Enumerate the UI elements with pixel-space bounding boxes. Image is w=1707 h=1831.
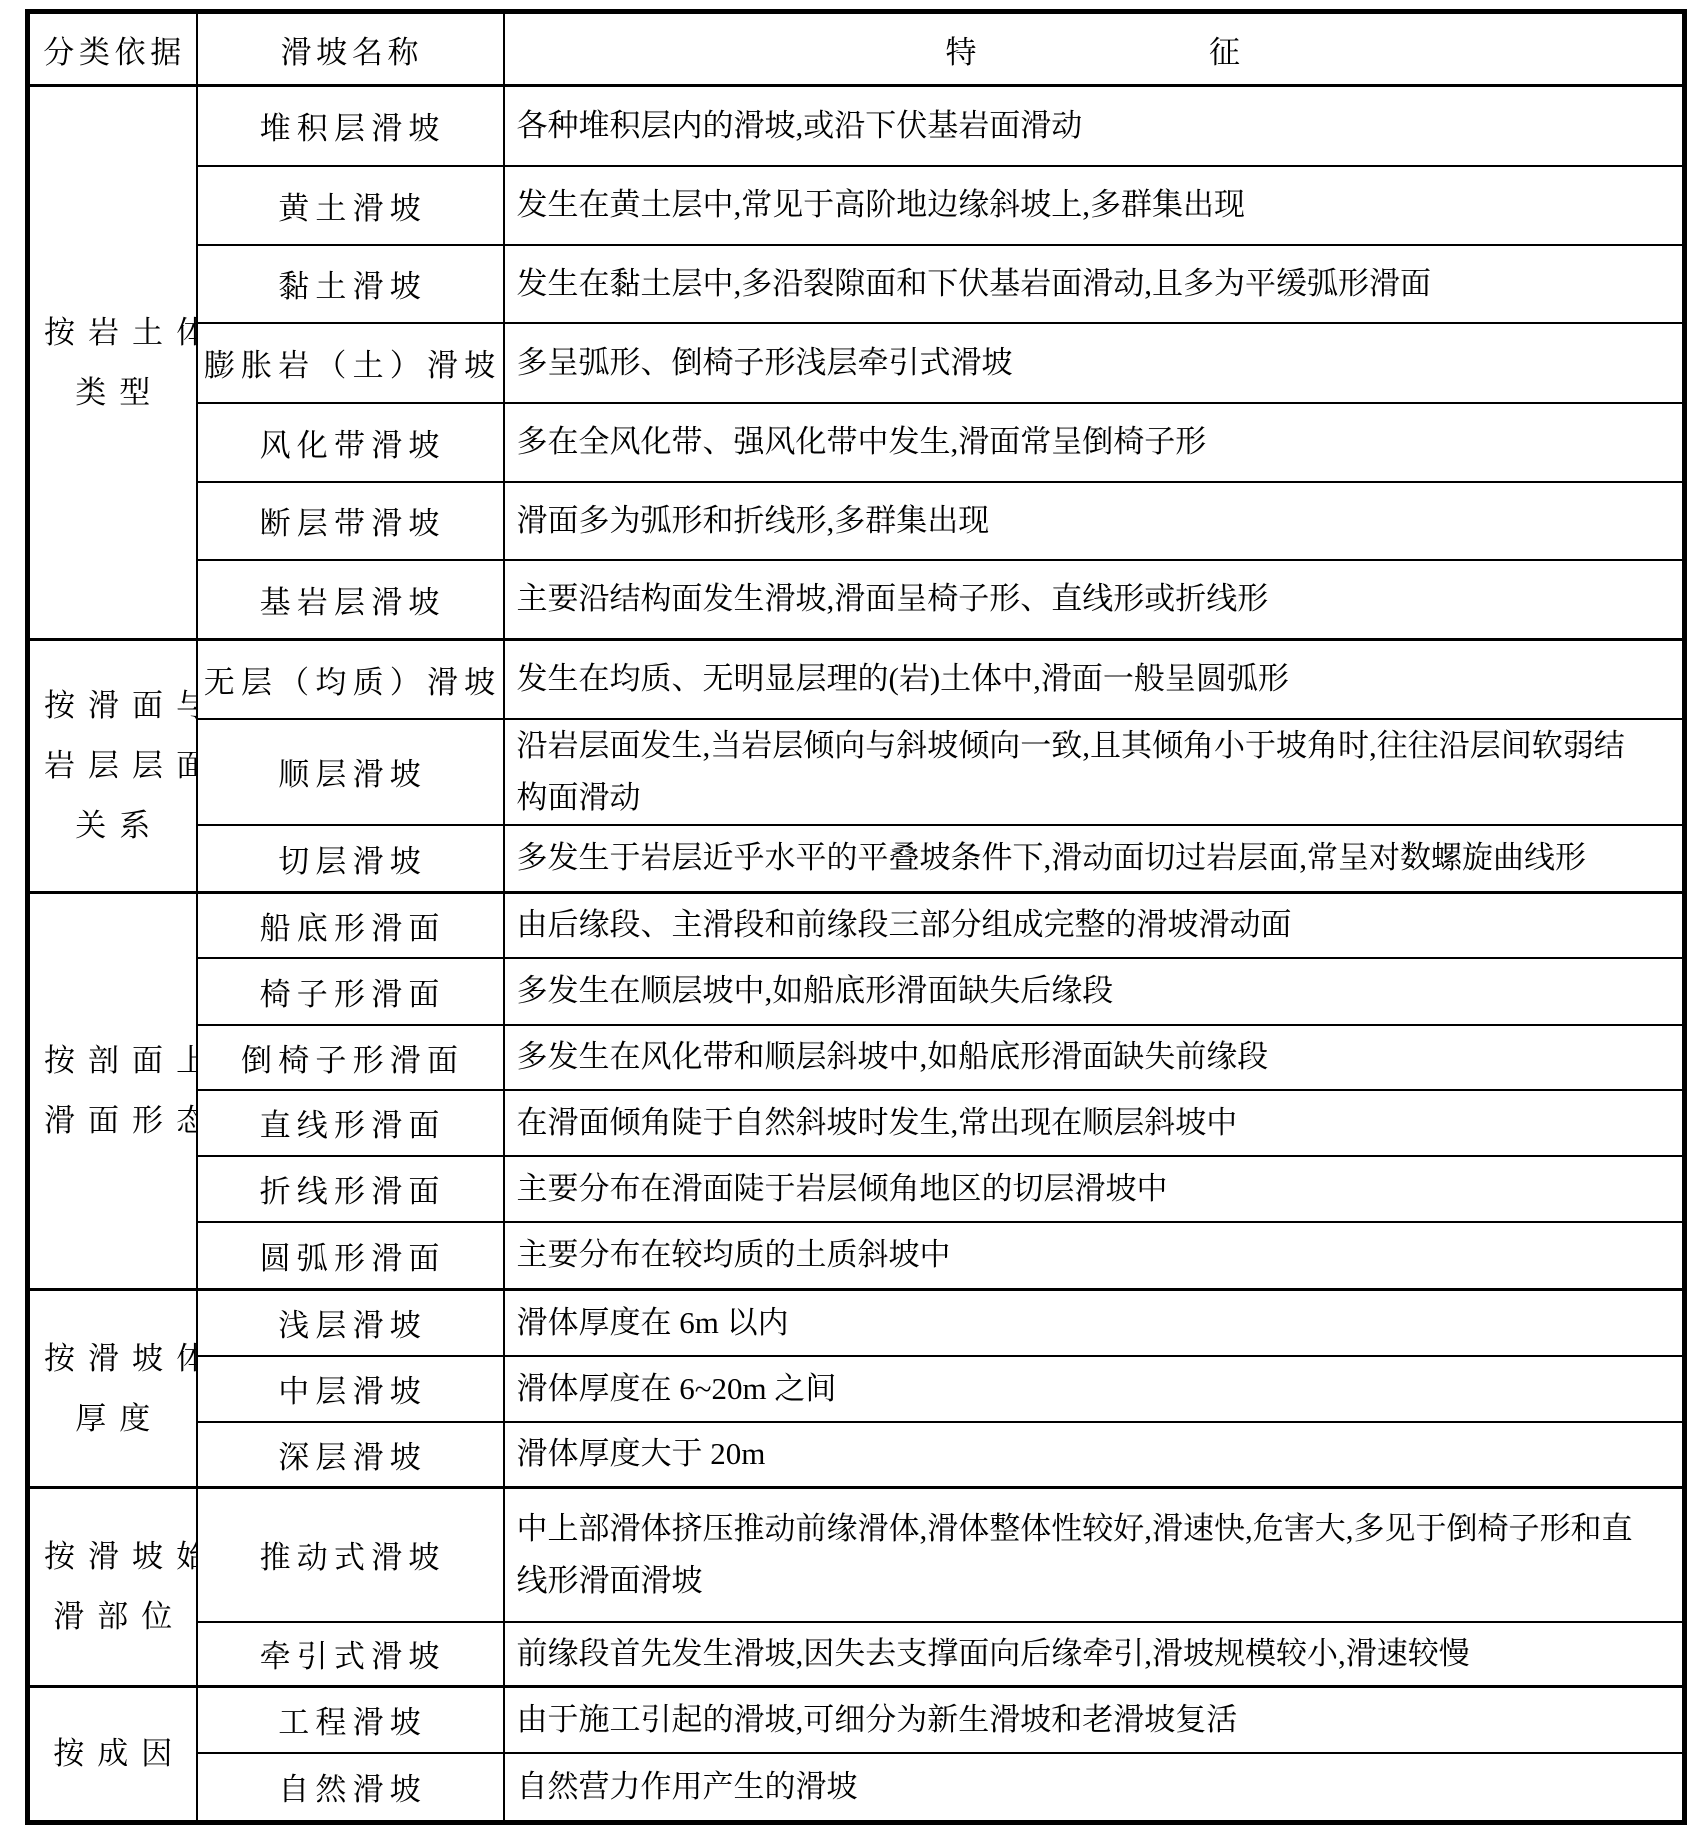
table-row: 风化带滑坡 多在全风化带、强风化带中发生,滑面常呈倒椅子形 (28, 403, 1685, 482)
feature-cell: 滑体厚度在 6~20m 之间 (504, 1356, 1685, 1422)
name-cell: 牵引式滑坡 (197, 1622, 504, 1687)
table-row: 黄土滑坡 发生在黄土层中,常见于高阶地边缘斜坡上,多群集出现 (28, 166, 1685, 245)
table-row: 圆弧形滑面 主要分布在较均质的土质斜坡中 (28, 1222, 1685, 1290)
name-cell: 膨胀岩（土）滑坡 (197, 323, 504, 403)
name-cell: 深层滑坡 (197, 1422, 504, 1488)
basis-line: 按滑坡始 (31, 1527, 195, 1587)
table-row: 膨胀岩（土）滑坡 多呈弧形、倒椅子形浅层牵引式滑坡 (28, 323, 1685, 403)
landslide-classification-table: 分类依据 滑坡名称 特征 按岩土体 类型 堆积层滑坡 各种堆积层内的滑坡,或沿下… (25, 9, 1687, 1825)
basis-cell: 按成因 (28, 1687, 197, 1823)
basis-cell: 按滑坡体 厚度 (28, 1290, 197, 1488)
feature-cell: 主要分布在滑面陡于岩层倾角地区的切层滑坡中 (504, 1156, 1685, 1222)
table-row: 顺层滑坡 沿岩层面发生,当岩层倾向与斜坡倾向一致,且其倾角小于坡角时,往往沿层间… (28, 719, 1685, 825)
name-cell: 工程滑坡 (197, 1687, 504, 1753)
name-cell: 顺层滑坡 (197, 719, 504, 825)
table-row: 椅子形滑面 多发生在顺层坡中,如船底形滑面缺失后缘段 (28, 958, 1685, 1025)
basis-line: 按岩土体 (31, 303, 195, 363)
feature-cell: 由于施工引起的滑坡,可细分为新生滑坡和老滑坡复活 (504, 1687, 1685, 1753)
name-cell: 无层（均质）滑坡 (197, 640, 504, 719)
name-cell: 中层滑坡 (197, 1356, 504, 1422)
feature-cell: 多呈弧形、倒椅子形浅层牵引式滑坡 (504, 323, 1685, 403)
feature-cell: 主要分布在较均质的土质斜坡中 (504, 1222, 1685, 1290)
table-row: 按成因 工程滑坡 由于施工引起的滑坡,可细分为新生滑坡和老滑坡复活 (28, 1687, 1685, 1753)
name-cell: 断层带滑坡 (197, 482, 504, 560)
feature-cell: 自然营力作用产生的滑坡 (504, 1753, 1685, 1823)
basis-line: 滑面形态 (31, 1091, 195, 1151)
table-row: 按滑坡体 厚度 浅层滑坡 滑体厚度在 6m 以内 (28, 1290, 1685, 1356)
name-cell: 黏土滑坡 (197, 245, 504, 323)
name-cell: 自然滑坡 (197, 1753, 504, 1823)
name-cell: 折线形滑面 (197, 1156, 504, 1222)
feature-cell: 多发生在顺层坡中,如船底形滑面缺失后缘段 (504, 958, 1685, 1025)
basis-line: 滑部位 (31, 1587, 195, 1647)
feature-cell: 多发生于岩层近乎水平的平叠坡条件下,滑动面切过岩层面,常呈对数螺旋曲线形 (504, 825, 1685, 893)
name-cell: 基岩层滑坡 (197, 560, 504, 640)
table-row: 自然滑坡 自然营力作用产生的滑坡 (28, 1753, 1685, 1823)
basis-cell: 按滑面与 岩层层面 关系 (28, 640, 197, 893)
basis-cell: 按岩土体 类型 (28, 86, 197, 640)
table-row: 中层滑坡 滑体厚度在 6~20m 之间 (28, 1356, 1685, 1422)
header-cell-name: 滑坡名称 (197, 12, 504, 86)
header-cell-feature: 特征 (504, 12, 1685, 86)
name-cell: 浅层滑坡 (197, 1290, 504, 1356)
name-cell: 船底形滑面 (197, 893, 504, 958)
header-row: 分类依据 滑坡名称 特征 (28, 12, 1685, 86)
name-cell: 黄土滑坡 (197, 166, 504, 245)
table-row: 牵引式滑坡 前缘段首先发生滑坡,因失去支撑面向后缘牵引,滑坡规模较小,滑速较慢 (28, 1622, 1685, 1687)
name-cell: 堆积层滑坡 (197, 86, 504, 166)
basis-line: 关系 (31, 796, 195, 856)
feature-cell: 在滑面倾角陡于自然斜坡时发生,常出现在顺层斜坡中 (504, 1090, 1685, 1156)
table-row: 基岩层滑坡 主要沿结构面发生滑坡,滑面呈椅子形、直线形或折线形 (28, 560, 1685, 640)
feature-cell: 主要沿结构面发生滑坡,滑面呈椅子形、直线形或折线形 (504, 560, 1685, 640)
name-cell: 圆弧形滑面 (197, 1222, 504, 1290)
table-row: 黏土滑坡 发生在黏土层中,多沿裂隙面和下伏基岩面滑动,且多为平缓弧形滑面 (28, 245, 1685, 323)
basis-line: 按剖面上 (31, 1031, 195, 1091)
feature-cell: 发生在黄土层中,常见于高阶地边缘斜坡上,多群集出现 (504, 166, 1685, 245)
name-cell: 倒椅子形滑面 (197, 1025, 504, 1090)
basis-line: 按滑面与 (31, 676, 195, 736)
feature-cell: 发生在均质、无明显层理的(岩)土体中,滑面一般呈圆弧形 (504, 640, 1685, 719)
feature-cell: 各种堆积层内的滑坡,或沿下伏基岩面滑动 (504, 86, 1685, 166)
feature-cell: 前缘段首先发生滑坡,因失去支撑面向后缘牵引,滑坡规模较小,滑速较慢 (504, 1622, 1685, 1687)
basis-line: 类型 (31, 363, 195, 423)
table-row: 直线形滑面 在滑面倾角陡于自然斜坡时发生,常出现在顺层斜坡中 (28, 1090, 1685, 1156)
feature-cell: 沿岩层面发生,当岩层倾向与斜坡倾向一致,且其倾角小于坡角时,往往沿层间软弱结构面… (504, 719, 1685, 825)
feature-cell: 由后缘段、主滑段和前缘段三部分组成完整的滑坡滑动面 (504, 893, 1685, 958)
feature-cell: 滑体厚度在 6m 以内 (504, 1290, 1685, 1356)
feature-cell: 发生在黏土层中,多沿裂隙面和下伏基岩面滑动,且多为平缓弧形滑面 (504, 245, 1685, 323)
table-row: 按滑面与 岩层层面 关系 无层（均质）滑坡 发生在均质、无明显层理的(岩)土体中… (28, 640, 1685, 719)
header-cell-basis: 分类依据 (28, 12, 197, 86)
feature-cell: 中上部滑体挤压推动前缘滑体,滑体整体性较好,滑速快,危害大,多见于倒椅子形和直线… (504, 1488, 1685, 1622)
table-row: 倒椅子形滑面 多发生在风化带和顺层斜坡中,如船底形滑面缺失前缘段 (28, 1025, 1685, 1090)
name-cell: 切层滑坡 (197, 825, 504, 893)
name-cell: 直线形滑面 (197, 1090, 504, 1156)
feature-cell: 多发生在风化带和顺层斜坡中,如船底形滑面缺失前缘段 (504, 1025, 1685, 1090)
table-row: 按岩土体 类型 堆积层滑坡 各种堆积层内的滑坡,或沿下伏基岩面滑动 (28, 86, 1685, 166)
basis-cell: 按剖面上 滑面形态 (28, 893, 197, 1290)
feature-cell: 滑面多为弧形和折线形,多群集出现 (504, 482, 1685, 560)
table-row: 深层滑坡 滑体厚度大于 20m (28, 1422, 1685, 1488)
basis-line: 按滑坡体 (31, 1329, 195, 1389)
table-row: 折线形滑面 主要分布在滑面陡于岩层倾角地区的切层滑坡中 (28, 1156, 1685, 1222)
name-cell: 推动式滑坡 (197, 1488, 504, 1622)
table-row: 按滑坡始 滑部位 推动式滑坡 中上部滑体挤压推动前缘滑体,滑体整体性较好,滑速快… (28, 1488, 1685, 1622)
basis-cell: 按滑坡始 滑部位 (28, 1488, 197, 1687)
feature-cell: 滑体厚度大于 20m (504, 1422, 1685, 1488)
name-cell: 椅子形滑面 (197, 958, 504, 1025)
table-row: 按剖面上 滑面形态 船底形滑面 由后缘段、主滑段和前缘段三部分组成完整的滑坡滑动… (28, 893, 1685, 958)
table-row: 切层滑坡 多发生于岩层近乎水平的平叠坡条件下,滑动面切过岩层面,常呈对数螺旋曲线… (28, 825, 1685, 893)
classification-table: 分类依据 滑坡名称 特征 按岩土体 类型 堆积层滑坡 各种堆积层内的滑坡,或沿下… (25, 9, 1687, 1825)
basis-line: 岩层层面 (31, 736, 195, 796)
table-row: 断层带滑坡 滑面多为弧形和折线形,多群集出现 (28, 482, 1685, 560)
name-cell: 风化带滑坡 (197, 403, 504, 482)
basis-line: 按成因 (31, 1724, 195, 1784)
feature-cell: 多在全风化带、强风化带中发生,滑面常呈倒椅子形 (504, 403, 1685, 482)
basis-line: 厚度 (31, 1389, 195, 1449)
